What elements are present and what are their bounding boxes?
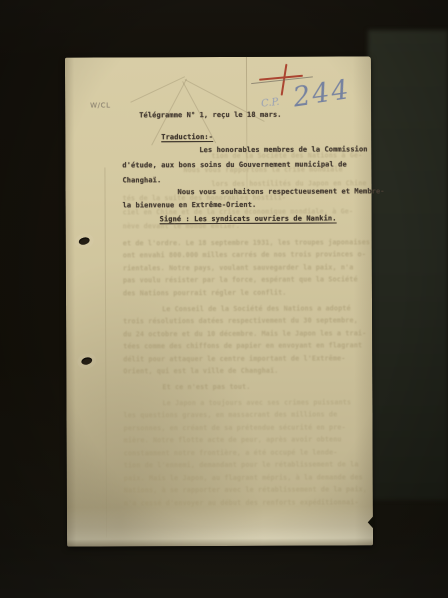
ghost-text-line: personnes, en créant de sa prétendue séc… xyxy=(124,423,346,432)
ghost-text-line: rientales. Notre pays, voulant sauvegard… xyxy=(123,263,354,272)
punch-hole-top xyxy=(78,236,90,245)
ghost-text-line: Nations, à se rapporter avec le rétablis… xyxy=(124,485,367,494)
paper-crinkle xyxy=(130,76,185,102)
ghost-text-fragment: lors des hostilités du Japon en Chine xyxy=(211,179,366,188)
ghost-text-line: des Nations pourrait régler le conflit. xyxy=(123,289,287,298)
ghost-text-line: les questions graves, en massacrant des … xyxy=(123,410,337,419)
punch-hole-bottom xyxy=(81,356,93,365)
ghost-text-line: mière. Notre flotte acte de peur, après … xyxy=(124,435,342,444)
ghost-text-fragment: tion de la Société des Nations à Ge- xyxy=(211,151,362,160)
blue-pencil-prefix: C.P. xyxy=(261,97,280,110)
ghost-text-line: tées comme des chiffons de papier en env… xyxy=(123,341,362,350)
pencil-reference-mark: W/CL xyxy=(90,101,111,109)
typed-line: Changhaï. xyxy=(122,176,161,184)
ghost-text-line: constamment notre frontière, a été occup… xyxy=(124,448,338,457)
blue-pencil-number: 244 xyxy=(291,75,352,114)
archive-photo-scene: C.P. 244 W/CL Télégramme N° 1, reçu le 1… xyxy=(0,0,448,598)
ghost-text-line: Et ce n'est pas tout. xyxy=(162,383,250,391)
ghost-text-line: délit pour attaquer le centre important … xyxy=(123,354,345,363)
ghost-text-fragment: ciel en Chine et de la crise économique … xyxy=(123,207,354,216)
ghost-text-line: et de l'ordre. Le 18 septembre 1931, les… xyxy=(123,238,370,247)
ghost-text-line: tion de l'ennemi, demandant pour le réta… xyxy=(124,460,359,469)
ghost-text-line: du 24 octobre et du 10 décembre. Mais le… xyxy=(123,329,366,338)
paper-crease-left xyxy=(104,167,107,537)
ghost-text-line: Le Conseil de la Société des Nations a a… xyxy=(162,304,351,313)
ghost-text-line: n'a cessé d'envoyer au début des renfort… xyxy=(124,498,359,507)
telegram-header-line: Télégramme N° 1, reçu le 18 mars. xyxy=(139,111,281,120)
ghost-text-line: Orient, qui est la ville de Changhaï. xyxy=(123,367,278,376)
ghost-text-line: pas voulu résister par la force, espéran… xyxy=(123,275,358,284)
section-label-traduction: Traduction:- xyxy=(161,133,213,141)
ghost-text-line: trois résolutions datées respectivement … xyxy=(123,316,358,325)
paper-edge-notch xyxy=(366,514,375,530)
ghost-text-fragment: nève devant le monde entier. xyxy=(123,222,240,231)
ghost-text-line: Le Japon a toujours avec ses crimes puis… xyxy=(162,398,351,407)
paper: C.P. 244 W/CL Télégramme N° 1, reçu le 1… xyxy=(65,56,373,546)
background-shadow-bottom xyxy=(0,540,448,598)
ghost-text-line: paix. Mais le Japon, au flagrant mépris,… xyxy=(124,473,363,482)
ghost-text-fragment: Nous vous rapportons la crise mondiale xyxy=(183,165,342,174)
ghost-text-line: ont envahi 800.000 milles carrés de nos … xyxy=(123,250,366,259)
ghost-text-fragment: tés de la suite des honorables hostili- xyxy=(123,194,287,203)
background-shadow-right xyxy=(368,30,448,500)
